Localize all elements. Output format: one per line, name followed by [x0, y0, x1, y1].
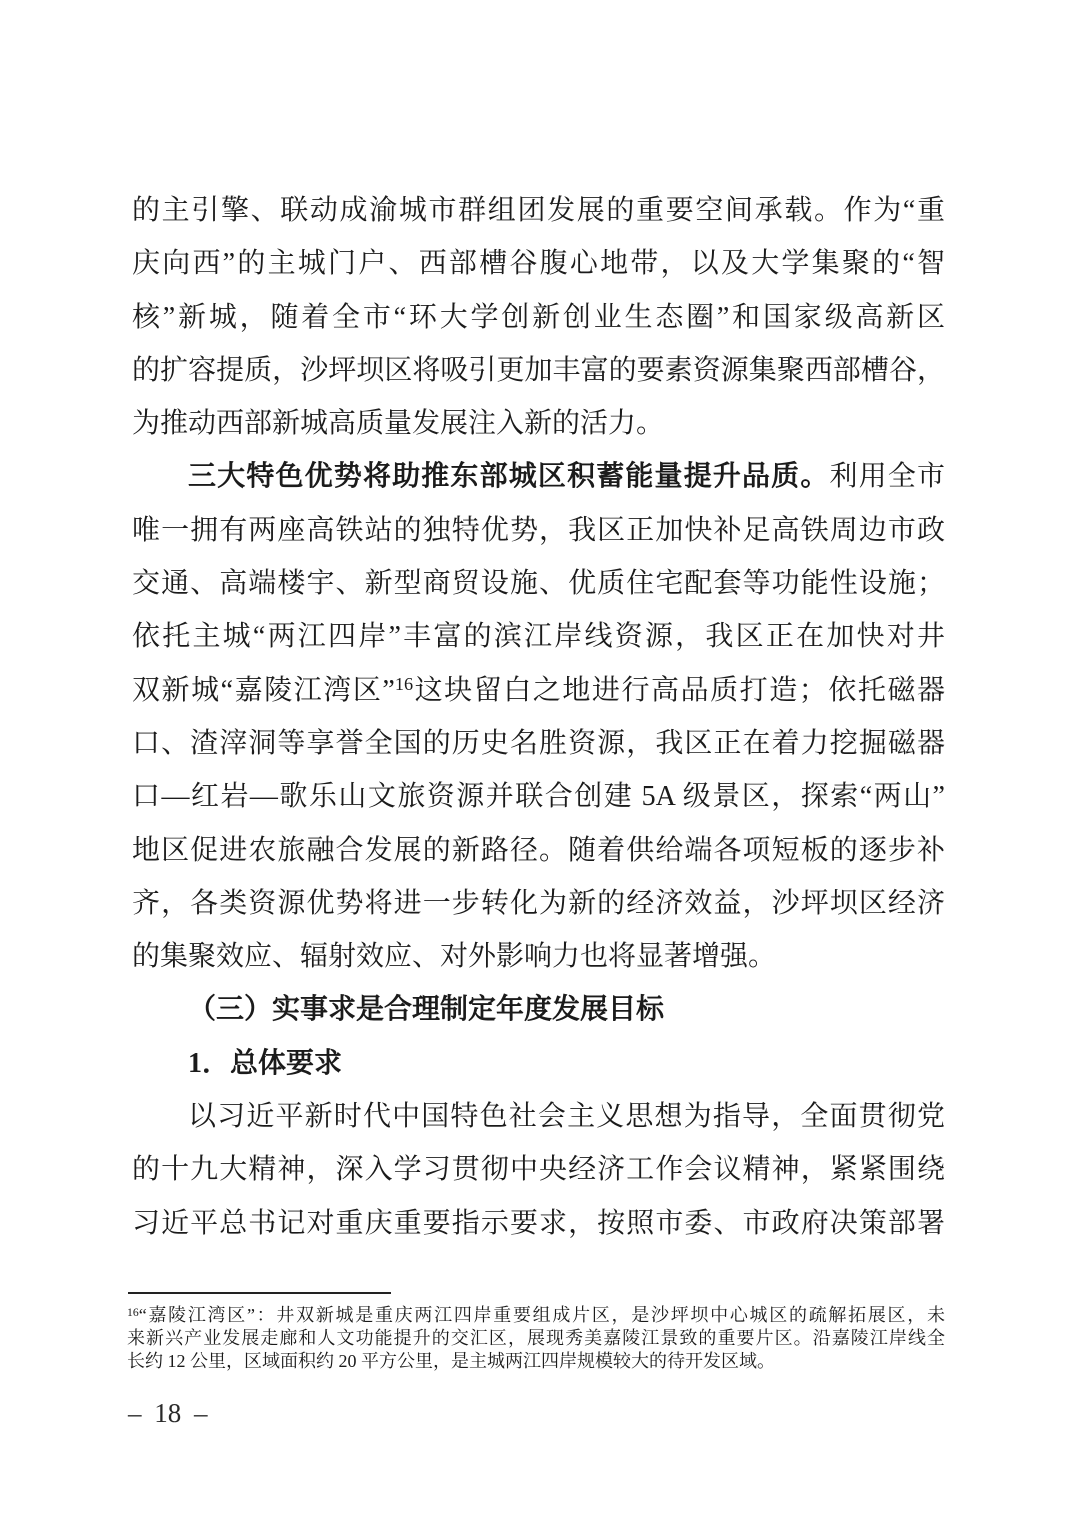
text-segment: 的集聚效应、辐射效应、对外影响力也将显著增强。: [132, 941, 776, 972]
text-segment: 的十九大精神，深入学习贯彻中央经济工作会议精神，紧紧围绕: [132, 1154, 945, 1185]
body-text-block: 的主引擎、联动成渝城市群组团发展的重要空间承载。作为“重庆向西”的主城门户、西部…: [132, 184, 945, 1250]
text-line: 习近平总书记对重庆重要指示要求，按照市委、市政府决策部署: [132, 1197, 945, 1250]
text-line: 双新城“嘉陵江湾区”16这块留白之地进行高品质打造；依托磁器: [132, 664, 945, 717]
text-segment: 的主引擎、联动成渝城市群组团发展的重要空间承载。作为“重: [132, 195, 945, 226]
text-line: 的十九大精神，深入学习贯彻中央经济工作会议精神，紧紧围绕: [132, 1143, 945, 1196]
text-line: 依托主城“两江四岸”丰富的滨江岸线资源，我区正在加快对井: [132, 610, 945, 663]
text-segment: 的扩容提质，沙坪坝区将吸引更加丰富的要素资源集聚西部槽谷，: [132, 355, 945, 386]
document-page: 的主引擎、联动成渝城市群组团发展的重要空间承载。作为“重庆向西”的主城门户、西部…: [0, 0, 1074, 1520]
text-segment: 三大特色优势将助推东部城区积蓄能量提升品质。: [188, 461, 830, 492]
text-line: 核”新城，随着全市“环大学创新创业生态圈”和国家级高新区: [132, 291, 945, 344]
text-line: 交通、高端楼宇、新型商贸设施、优质住宅配套等功能性设施；: [132, 557, 945, 610]
text-segment: 齐，各类资源优势将进一步转化为新的经济效益，沙坪坝区经济: [132, 888, 945, 919]
text-line: 口、渣滓洞等享誉全国的历史名胜资源，我区正在着力挖掘磁器: [132, 717, 945, 770]
text-segment: 利用全市: [830, 461, 945, 492]
text-line: 齐，各类资源优势将进一步转化为新的经济效益，沙坪坝区经济: [132, 877, 945, 930]
text-line: （三）实事求是合理制定年度发展目标: [132, 983, 945, 1036]
footnote-block: 16“嘉陵江湾区”：井双新城是重庆两江四岸重要组成片区，是沙坪坝中心城区的疏解拓…: [127, 1304, 945, 1374]
text-line: 为推动西部新城高质量发展注入新的活力。: [132, 397, 945, 450]
text-line: 口—红岩—歌乐山文旅资源并联合创建 5A 级景区，探索“两山”: [132, 770, 945, 823]
text-segment: 这块留白之地进行高品质打造；依托磁器: [413, 675, 945, 706]
text-segment: 核”新城，随着全市“环大学创新创业生态圈”和国家级高新区: [132, 302, 945, 333]
text-segment: 庆向西”的主城门户、西部槽谷腹心地带，以及大学集聚的“智: [132, 248, 945, 279]
text-segment: 为推动西部新城高质量发展注入新的活力。: [132, 408, 664, 439]
footnote-reference: 16: [395, 674, 413, 694]
page-number: – 18 –: [128, 1396, 208, 1430]
text-line: 16“嘉陵江湾区”：井双新城是重庆两江四岸重要组成片区，是沙坪坝中心城区的疏解拓…: [127, 1304, 945, 1327]
text-line: 1．总体要求: [132, 1037, 945, 1090]
text-segment: （三）实事求是合理制定年度发展目标: [188, 994, 664, 1025]
text-line: 庆向西”的主城门户、西部槽谷腹心地带，以及大学集聚的“智: [132, 237, 945, 290]
text-line: 唯一拥有两座高铁站的独特优势，我区正加快补足高铁周边市政: [132, 504, 945, 557]
text-segment: 来新兴产业发展走廊和人文功能提升的交汇区，展现秀美嘉陵江景致的重要片区。沿嘉陵江…: [127, 1328, 945, 1348]
text-line: 来新兴产业发展走廊和人文功能提升的交汇区，展现秀美嘉陵江景致的重要片区。沿嘉陵江…: [127, 1327, 945, 1350]
text-line: 地区促进农旅融合发展的新路径。随着供给端各项短板的逐步补: [132, 824, 945, 877]
text-segment: 地区促进农旅融合发展的新路径。随着供给端各项短板的逐步补: [132, 835, 945, 866]
text-segment: 双新城“嘉陵江湾区”: [132, 675, 395, 706]
text-segment: 1．总体要求: [188, 1048, 342, 1079]
footnote-reference: 16: [127, 1306, 139, 1319]
text-line: 三大特色优势将助推东部城区积蓄能量提升品质。利用全市: [132, 450, 945, 503]
footnote-separator: [128, 1292, 391, 1294]
text-segment: 口—红岩—歌乐山文旅资源并联合创建 5A 级景区，探索“两山”: [132, 781, 945, 812]
text-line: 长约 12 公里，区域面积约 20 平方公里，是主城两江四岸规模较大的待开发区域…: [127, 1350, 945, 1373]
text-segment: 习近平总书记对重庆重要指示要求，按照市委、市政府决策部署: [132, 1208, 945, 1239]
text-segment: “嘉陵江湾区”：井双新城是重庆两江四岸重要组成片区，是沙坪坝中心城区的疏解拓展区…: [139, 1305, 945, 1325]
text-segment: 依托主城“两江四岸”丰富的滨江岸线资源，我区正在加快对井: [132, 621, 945, 652]
text-line: 的集聚效应、辐射效应、对外影响力也将显著增强。: [132, 930, 945, 983]
text-segment: 口、渣滓洞等享誉全国的历史名胜资源，我区正在着力挖掘磁器: [132, 728, 945, 759]
text-line: 的主引擎、联动成渝城市群组团发展的重要空间承载。作为“重: [132, 184, 945, 237]
text-line: 的扩容提质，沙坪坝区将吸引更加丰富的要素资源集聚西部槽谷，: [132, 344, 945, 397]
text-line: 以习近平新时代中国特色社会主义思想为指导，全面贯彻党: [132, 1090, 945, 1143]
text-segment: 唯一拥有两座高铁站的独特优势，我区正加快补足高铁周边市政: [132, 515, 945, 546]
text-segment: 以习近平新时代中国特色社会主义思想为指导，全面贯彻党: [188, 1101, 945, 1132]
text-segment: 交通、高端楼宇、新型商贸设施、优质住宅配套等功能性设施；: [132, 568, 945, 599]
text-segment: 长约 12 公里，区域面积约 20 平方公里，是主城两江四岸规模较大的待开发区域…: [127, 1351, 775, 1371]
